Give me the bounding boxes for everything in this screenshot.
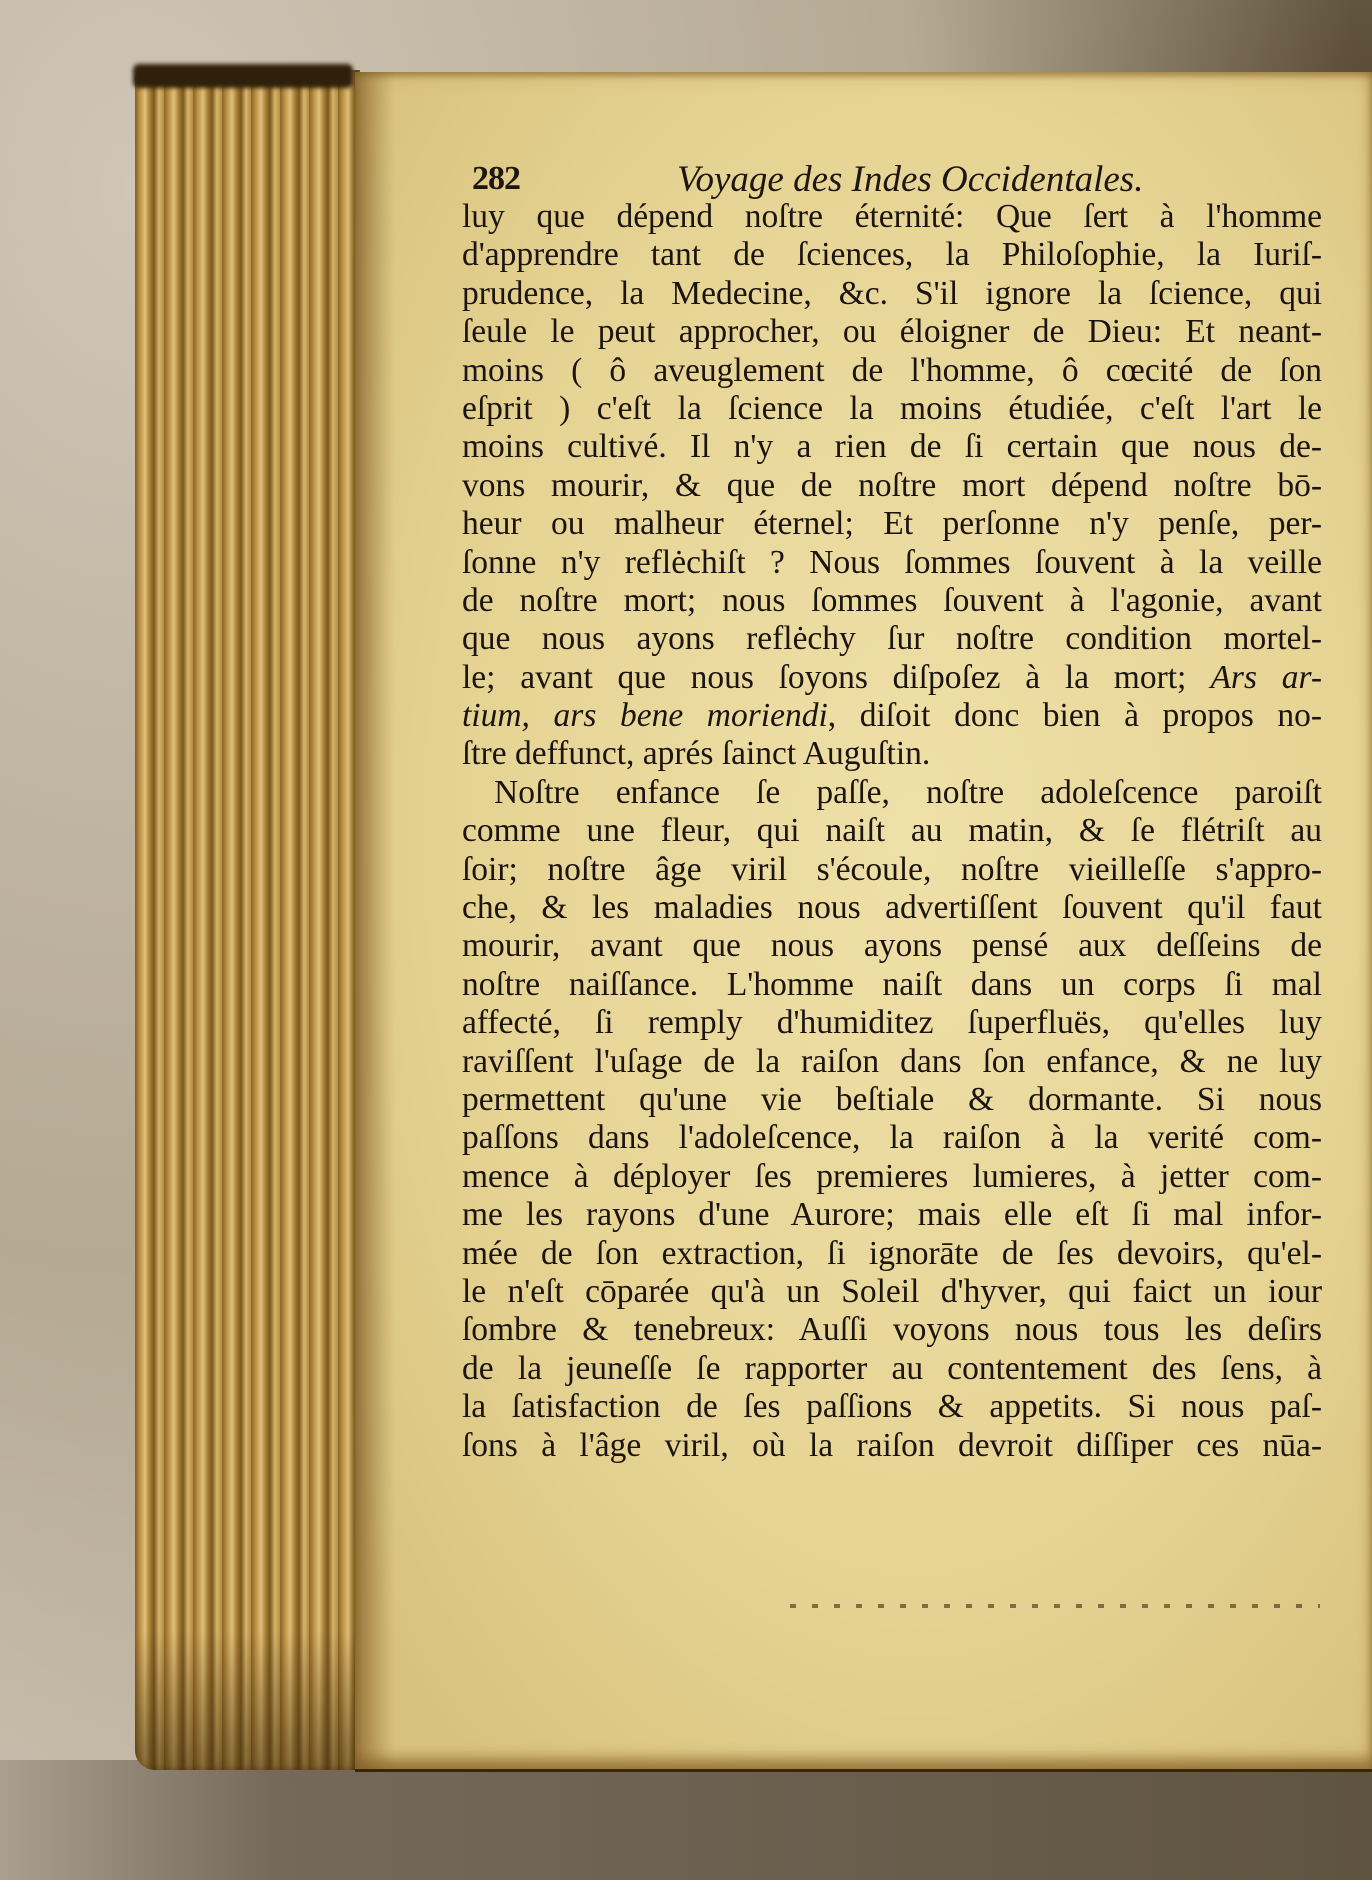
text-line: de la jeuneſſe ſe rapporter au contentem… <box>462 1350 1322 1388</box>
line-text: ſons à l'âge viril, où la raiſon devroit… <box>462 1427 1322 1464</box>
line-text: prudence, la Medecine, &c. S'il ignore l… <box>462 275 1322 312</box>
line-text: moins cultivé. Il n'y a rien de ſi certa… <box>462 428 1322 465</box>
text-line: mourir, avant que nous ayons pensé aux d… <box>462 927 1322 965</box>
text-line: le; avant que nous ſoyons diſpoſez à la … <box>462 659 1322 697</box>
line-text: vons mourir, & que de noſtre mort dépend… <box>462 467 1322 504</box>
line-text: raviſſent l'uſage de la raiſon dans ſon … <box>462 1043 1322 1080</box>
text-line: que nous ayons reflėchy ſur noſtre condi… <box>462 620 1322 658</box>
text-line: paſſons dans l'adoleſcence, la raiſon à … <box>462 1119 1322 1157</box>
line-text: d'apprendre tant de ſciences, la Philoſo… <box>462 236 1322 273</box>
text-line: luy que dépend noſtre éternité: Que ſert… <box>462 198 1322 236</box>
line-text: comme une fleur, qui naiſt au matin, & ſ… <box>462 812 1322 849</box>
line-text: ſtre deffunct, aprés ſainct Auguſtin. <box>462 735 930 772</box>
gutter-shadow <box>355 72 395 1769</box>
text-line: ſonne n'y reflėchiſt ? Nous ſommes ſouve… <box>462 544 1322 582</box>
line-text: me les rayons d'une Aurore; mais elle eſ… <box>462 1196 1322 1233</box>
running-title: Voyage des Indes Occidentales. <box>677 158 1143 201</box>
text-line: mée de ſon extraction, ſi ignorāte de ſe… <box>462 1235 1322 1273</box>
text-line: permettent qu'une vie beſtiale & dormant… <box>462 1081 1322 1119</box>
text-line: me les rayons d'une Aurore; mais elle eſ… <box>462 1196 1322 1234</box>
text-line: moins ( ô aveuglement de l'homme, ô cœci… <box>462 352 1322 390</box>
text-line: heur ou malheur éternel; Et perſonne n'y… <box>462 505 1322 543</box>
text-line: comme une fleur, qui naiſt au matin, & ſ… <box>462 812 1322 850</box>
line-text: eſprit ) c'eſt la ſcience la moins étudi… <box>462 390 1322 427</box>
line-text: permettent qu'une vie beſtiale & dormant… <box>462 1081 1322 1118</box>
line-text: heur ou malheur éternel; Et perſonne n'y… <box>462 505 1322 542</box>
line-text: que nous ayons reflėchy ſur noſtre condi… <box>462 620 1322 657</box>
text-line: ſoir; noſtre âge viril s'écoule, noſtre … <box>462 851 1322 889</box>
line-text: affecté, ſi remply d'humiditez ſuperfluë… <box>462 1004 1322 1041</box>
line-text: , diſoit donc bien à propos no- <box>828 697 1322 734</box>
text-line: ſombre & tenebreux: Auſſi voyons nous to… <box>462 1311 1322 1349</box>
text-line: che, & les maladies nous advertiſſent ſo… <box>462 889 1322 927</box>
line-text: moins ( ô aveuglement de l'homme, ô cœci… <box>462 352 1322 389</box>
line-text: le n'eſt cōparée qu'à un Soleil d'hyver,… <box>462 1273 1322 1310</box>
line-text: ſonne n'y reflėchiſt ? Nous ſommes ſouve… <box>462 544 1322 581</box>
line-text: noſtre naiſſance. L'homme naiſt dans un … <box>462 966 1322 1003</box>
text-line: eſprit ) c'eſt la ſcience la moins étudi… <box>462 390 1322 428</box>
text-line: noſtre naiſſance. L'homme naiſt dans un … <box>462 966 1322 1004</box>
line-text: de noſtre mort; nous ſommes ſouvent à l'… <box>462 582 1322 619</box>
text-line: tium, ars bene moriendi, diſoit donc bie… <box>462 697 1322 735</box>
italic-quote: Ars ar- <box>1186 659 1322 696</box>
text-line: prudence, la Medecine, &c. S'il ignore l… <box>462 275 1322 313</box>
body-text: luy que dépend noſtre éternité: Que ſert… <box>462 198 1322 1465</box>
line-text: mée de ſon extraction, ſi ignorāte de ſe… <box>462 1235 1322 1272</box>
line-text: Noſtre enfance ſe paſſe, noſtre adoleſce… <box>494 774 1322 811</box>
text-line: mence à déployer ſes premieres lumieres,… <box>462 1158 1322 1196</box>
line-text: mourir, avant que nous ayons pensé aux d… <box>462 927 1322 964</box>
line-text: ſombre & tenebreux: Auſſi voyons nous to… <box>462 1311 1322 1348</box>
line-text: che, & les maladies nous advertiſſent ſo… <box>462 889 1322 926</box>
line-text: ſoir; noſtre âge viril s'écoule, noſtre … <box>462 851 1322 888</box>
page-number: 282 <box>472 160 520 198</box>
text-line: d'apprendre tant de ſciences, la Philoſo… <box>462 236 1322 274</box>
line-text: la ſatisfaction de ſes paſſions & appeti… <box>462 1388 1322 1425</box>
text-line: Noſtre enfance ſe paſſe, noſtre adoleſce… <box>462 774 1322 812</box>
table-surface <box>0 1760 1372 1880</box>
text-line: le n'eſt cōparée qu'à un Soleil d'hyver,… <box>462 1273 1322 1311</box>
text-line: affecté, ſi remply d'humiditez ſuperfluë… <box>462 1004 1322 1042</box>
bottom-ink-specks <box>790 1604 1320 1608</box>
text-line: moins cultivé. Il n'y a rien de ſi certa… <box>462 428 1322 466</box>
line-text: luy que dépend noſtre éternité: Que ſert… <box>462 198 1322 235</box>
text-line: ſons à l'âge viril, où la raiſon devroit… <box>462 1427 1322 1465</box>
line-text: de la jeuneſſe ſe rapporter au contentem… <box>462 1350 1322 1387</box>
text-line: vons mourir, & que de noſtre mort dépend… <box>462 467 1322 505</box>
italic-quote: tium, ars bene moriendi <box>462 697 828 734</box>
text-line: raviſſent l'uſage de la raiſon dans ſon … <box>462 1043 1322 1081</box>
text-line: de noſtre mort; nous ſommes ſouvent à l'… <box>462 582 1322 620</box>
line-text: paſſons dans l'adoleſcence, la raiſon à … <box>462 1119 1322 1156</box>
line-text: ſeule le peut approcher, ou éloigner de … <box>462 313 1322 350</box>
text-line: ſtre deffunct, aprés ſainct Auguſtin. <box>462 735 1322 773</box>
text-line: ſeule le peut approcher, ou éloigner de … <box>462 313 1322 351</box>
line-text: mence à déployer ſes premieres lumieres,… <box>462 1158 1322 1195</box>
line-text: le; avant que nous ſoyons diſpoſez à la … <box>462 659 1186 696</box>
text-line: la ſatisfaction de ſes paſſions & appeti… <box>462 1388 1322 1426</box>
book-page-edges <box>135 70 360 1770</box>
